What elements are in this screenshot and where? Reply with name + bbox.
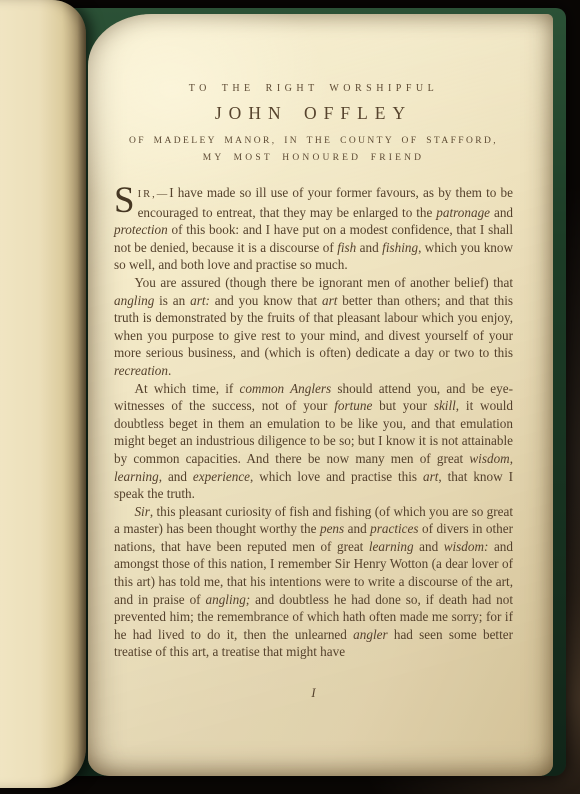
paragraph: SIR,—I have made so ill use of your form…: [114, 184, 513, 274]
paragraph: You are assured (though there be ignoran…: [114, 274, 513, 380]
dedication-line-1: TO THE RIGHT WORSHIPFUL: [114, 83, 513, 94]
page-stack-fore-edge: [0, 0, 86, 788]
dedication-heading: TO THE RIGHT WORSHIPFUL JOHN OFFLEY OF M…: [114, 83, 513, 163]
drop-cap: S: [114, 184, 138, 215]
book-page: TO THE RIGHT WORSHIPFUL JOHN OFFLEY OF M…: [88, 14, 553, 776]
dedication-name: JOHN OFFLEY: [114, 103, 513, 124]
paragraph: Sir, this pleasant curiosity of fish and…: [114, 503, 513, 661]
book-photo: TO THE RIGHT WORSHIPFUL JOHN OFFLEY OF M…: [0, 0, 580, 794]
dedication-line-3: OF MADELEY MANOR, IN THE COUNTY OF STAFF…: [114, 136, 513, 146]
dedication-line-4: MY MOST HONOURED FRIEND: [114, 153, 513, 163]
page-number: I: [114, 686, 513, 701]
paragraph: At which time, if common Anglers should …: [114, 380, 513, 503]
body-paragraphs: SIR,—I have made so ill use of your form…: [114, 184, 513, 661]
salutation: IR,—: [138, 189, 170, 200]
